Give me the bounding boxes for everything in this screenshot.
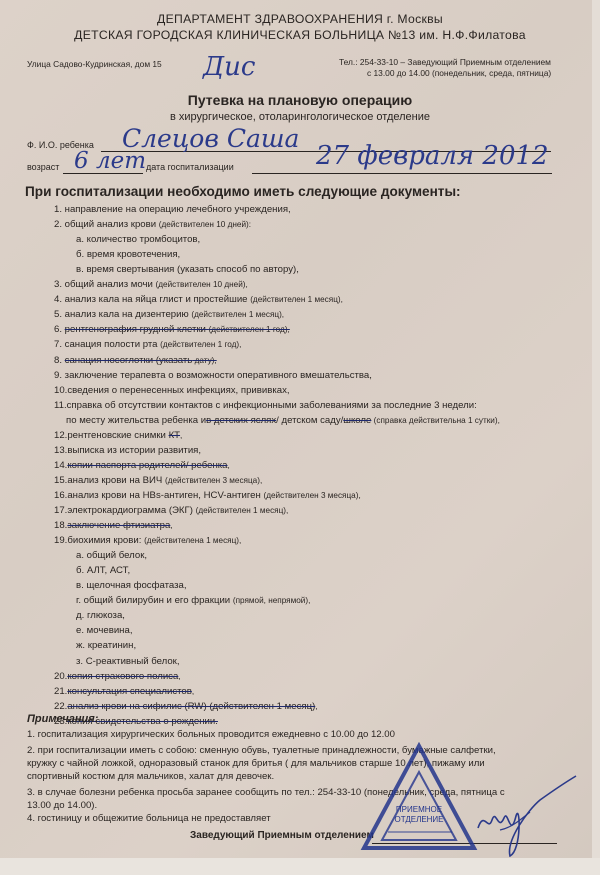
document-item: г. общий билирубин и его фракции (прямой… bbox=[76, 595, 310, 606]
item-text: санация носоглотки (указать bbox=[65, 355, 193, 366]
item-number: 19. bbox=[54, 535, 67, 546]
item-text: анализ кала на яйца глист и простейшие bbox=[65, 294, 251, 305]
item-number: 6. bbox=[54, 324, 65, 335]
item-text: время свертывания (указать способ по авт… bbox=[86, 264, 298, 275]
item-number: 12. bbox=[54, 430, 67, 441]
item-text: консультация специалистов bbox=[67, 686, 192, 697]
item-number: 7. bbox=[54, 339, 65, 350]
item-note: , bbox=[170, 521, 172, 530]
document-item: з. С-реактивный белок, bbox=[76, 656, 180, 667]
document-item: 13.выписка из истории развития, bbox=[54, 445, 201, 456]
item-text: направление на операцию лечебного учрежд… bbox=[65, 204, 291, 215]
item-text: анализ крови на ВИЧ bbox=[67, 475, 165, 486]
item-number: 11. bbox=[54, 400, 67, 411]
date-label: дата госпитализации bbox=[146, 162, 234, 172]
item-note: (действителена 1 месяц), bbox=[144, 536, 241, 545]
document-item: 1. направление на операцию лечебного учр… bbox=[54, 204, 291, 215]
item-number: 4. bbox=[54, 294, 65, 305]
item-text: анализ крови на HBs-антиген, HCV-антиген bbox=[67, 490, 263, 501]
document-item: 2. общий анализ крови (действителен 10 д… bbox=[54, 219, 251, 230]
right-edge bbox=[592, 0, 600, 875]
item-text: санация полости рта bbox=[65, 339, 160, 350]
document-item: в. время свертывания (указать способ по … bbox=[76, 264, 299, 275]
item-text: количество тромбоцитов, bbox=[87, 234, 201, 245]
item-text: справка об отсутствии контактов с инфекц… bbox=[67, 400, 477, 411]
item-number: в. bbox=[76, 264, 86, 275]
item-note: (действителен 10 дней): bbox=[159, 220, 251, 229]
document-item: 15.анализ крови на ВИЧ (действителен 3 м… bbox=[54, 475, 262, 486]
item-note: (действителен 3 месяца), bbox=[263, 491, 360, 500]
page-subtitle: в хирургическое, отоларингологическое от… bbox=[0, 111, 600, 123]
item-text: креатинин, bbox=[88, 640, 136, 651]
item-number: д. bbox=[76, 610, 87, 621]
document-item: е. мочевина, bbox=[76, 625, 132, 636]
item-text: щелочная фосфатаза, bbox=[86, 580, 186, 591]
item-note: (действителен 1 месяц), bbox=[250, 295, 343, 304]
item-number: 15. bbox=[54, 475, 67, 486]
document-item: а. количество тромбоцитов, bbox=[76, 234, 200, 245]
document-item: 10.сведения о перенесенных инфекциях, пр… bbox=[54, 385, 290, 396]
item-text: по месту жительства ребенка и bbox=[66, 415, 206, 426]
item-text: биохимия крови: bbox=[67, 535, 144, 546]
stamp-icon: ПРИЕМНОЕ ОТДЕЛЕНИЕ bbox=[360, 742, 478, 854]
document-item: б. АЛТ, АСТ, bbox=[76, 565, 130, 576]
svg-text:ПРИЕМНОЕ: ПРИЕМНОЕ bbox=[396, 805, 442, 814]
document-item: 21.консультация специалистов, bbox=[54, 686, 194, 697]
item-number: 20. bbox=[54, 671, 67, 682]
svg-text:ОТДЕЛЕНИЕ: ОТДЕЛЕНИЕ bbox=[394, 815, 443, 824]
item-note: (справка действительна 1 сутки), bbox=[371, 416, 500, 425]
document-item: 4. анализ кала на яйца глист и простейши… bbox=[54, 294, 343, 305]
item-number: 1. bbox=[54, 204, 65, 215]
item-number: в. bbox=[76, 580, 86, 591]
item-text: АЛТ, АСТ, bbox=[87, 565, 130, 576]
item-text: общий белок, bbox=[87, 550, 147, 561]
document-item: 20.копия страхового полиса, bbox=[54, 671, 181, 682]
item-text: анализ крови на сифилис (RW) (действител… bbox=[67, 701, 315, 712]
item-text: общий билирубин и его фракции bbox=[84, 595, 233, 606]
item-note: , bbox=[192, 687, 194, 696]
item-note: дату), bbox=[192, 356, 216, 365]
phone-line-1: Тел.: 254-33-10 – Заведующий Приемным от… bbox=[339, 57, 551, 67]
department-header: ДЕПАРТАМЕНТ ЗДРАВООХРАНЕНИЯ г. Москвы bbox=[0, 12, 600, 26]
document-item: 11.справка об отсутствии контактов с инф… bbox=[54, 400, 477, 411]
note-item: спортивный костюм для мальчиков, халат д… bbox=[27, 771, 274, 782]
document-item: 9. заключение терапевта о возможности оп… bbox=[54, 370, 372, 381]
page-title: Путевка на плановую операцию bbox=[0, 92, 600, 108]
item-number: 9. bbox=[54, 370, 65, 381]
item-note: , bbox=[315, 702, 317, 711]
document-item: д. глюкоза, bbox=[76, 610, 125, 621]
document-item: а. общий белок, bbox=[76, 550, 147, 561]
item-note: (действителен 1 месяц), bbox=[191, 310, 284, 319]
note-item: 4. гостиницу и общежитие больница не пре… bbox=[27, 813, 271, 824]
item-note: , bbox=[180, 431, 182, 440]
item-text: / детском саду/ bbox=[276, 415, 343, 426]
item-text: рентгеновские снимки bbox=[67, 430, 168, 441]
address: Улица Садово-Кудринская, дом 15 bbox=[27, 59, 162, 69]
signature-scribble-icon bbox=[470, 770, 580, 860]
item-number: 8. bbox=[54, 355, 65, 366]
phone-line-2: с 13.00 до 14.00 (понедельник, среда, пя… bbox=[367, 68, 551, 78]
handwritten-mark: Дис bbox=[203, 52, 255, 82]
document-item: 19.биохимия крови: (действителена 1 меся… bbox=[54, 535, 241, 546]
item-text: глюкоза, bbox=[87, 610, 125, 621]
item-note: (прямой, непрямой), bbox=[233, 596, 311, 605]
item-note: (действителен 1 месяц), bbox=[196, 506, 289, 515]
item-note: (действителен 10 дней), bbox=[156, 280, 248, 289]
item-number: 5. bbox=[54, 309, 65, 320]
document-item: 17.электрокардиограмма (ЭКГ) (действител… bbox=[54, 505, 288, 516]
bottom-edge bbox=[0, 858, 600, 875]
item-number: 22. bbox=[54, 701, 67, 712]
item-text: копия страхового полиса bbox=[67, 671, 178, 682]
document-item: 16.анализ крови на HBs-антиген, HCV-анти… bbox=[54, 490, 361, 501]
notes-heading: Примечания: bbox=[27, 713, 98, 725]
hospital-header: ДЕТСКАЯ ГОРОДСКАЯ КЛИНИЧЕСКАЯ БОЛЬНИЦА №… bbox=[0, 28, 600, 42]
item-number: ж. bbox=[76, 640, 88, 651]
item-number: 3. bbox=[54, 279, 65, 290]
item-struck-text: школе bbox=[343, 415, 371, 426]
item-text: С-реактивный белок, bbox=[86, 656, 180, 667]
item-text: мочевина, bbox=[87, 625, 133, 636]
item-note: (действителен 1 год), bbox=[160, 340, 241, 349]
document-item: ж. креатинин, bbox=[76, 640, 136, 651]
date-value[interactable]: 27 февраля 2012 bbox=[316, 141, 549, 171]
item-text: рентгенография грудной клетки bbox=[65, 324, 209, 335]
document-item: 12.рентгеновские снимки КТ, bbox=[54, 430, 182, 441]
documents-heading: При госпитализации необходимо иметь след… bbox=[25, 184, 461, 199]
item-text: общий анализ крови bbox=[65, 219, 159, 230]
item-number: 21. bbox=[54, 686, 67, 697]
item-number: 14. bbox=[54, 460, 67, 471]
item-struck-text: в детских яслях bbox=[206, 415, 276, 426]
document-item: по месту жительства ребенка ив детских я… bbox=[66, 415, 500, 426]
document-item: 6. рентгенография грудной клетки (действ… bbox=[54, 324, 290, 335]
document-item: б. время кровотечения, bbox=[76, 249, 180, 260]
item-note: (действителен 3 месяца), bbox=[165, 476, 262, 485]
item-number: б. bbox=[76, 249, 87, 260]
document-item: 18.заключение фтизиатра, bbox=[54, 520, 173, 531]
item-note: , bbox=[228, 461, 230, 470]
item-struck-text: КТ bbox=[169, 430, 180, 441]
note-item: 1. госпитализация хирургических больных … bbox=[27, 729, 395, 740]
item-text: заключение фтизиатра bbox=[67, 520, 170, 531]
document-item: 3. общий анализ мочи (действителен 10 дн… bbox=[54, 279, 248, 290]
note-item: 13.00 до 14.00). bbox=[27, 800, 97, 811]
signature-label: Заведующий Приемным отделением bbox=[190, 830, 374, 841]
item-number: б. bbox=[76, 565, 87, 576]
item-text: анализ кала на дизентерию bbox=[65, 309, 192, 320]
date-line bbox=[252, 173, 552, 174]
item-text: время кровотечения, bbox=[87, 249, 180, 260]
item-text: выписка из истории развития, bbox=[67, 445, 201, 456]
item-text: копии паспорта родителей/ ребенка bbox=[67, 460, 227, 471]
item-text: общий анализ мочи bbox=[65, 279, 156, 290]
item-number: 13. bbox=[54, 445, 67, 456]
item-number: а. bbox=[76, 234, 87, 245]
item-number: 16. bbox=[54, 490, 67, 501]
document-item: 22.анализ крови на сифилис (RW) (действи… bbox=[54, 701, 318, 712]
child-name-value[interactable]: Слецов Саша bbox=[122, 124, 299, 153]
item-number: 2. bbox=[54, 219, 65, 230]
item-number: 17. bbox=[54, 505, 67, 516]
item-text: сведения о перенесенных инфекциях, приви… bbox=[67, 385, 289, 396]
item-number: г. bbox=[76, 595, 84, 606]
document-item: в. щелочная фосфатаза, bbox=[76, 580, 187, 591]
age-value[interactable]: 6 лет bbox=[74, 148, 146, 174]
item-number: 18. bbox=[54, 520, 67, 531]
item-number: а. bbox=[76, 550, 87, 561]
item-number: е. bbox=[76, 625, 87, 636]
document-item: 14.копии паспорта родителей/ ребенка, bbox=[54, 460, 230, 471]
item-text: заключение терапевта о возможности опера… bbox=[65, 370, 372, 381]
document-item: 8. санация носоглотки (указать дату), bbox=[54, 355, 217, 366]
item-number: 10. bbox=[54, 385, 67, 396]
item-number: з. bbox=[76, 656, 86, 667]
document-item: 5. анализ кала на дизентерию (действител… bbox=[54, 309, 284, 320]
document-item: 7. санация полости рта (действителен 1 г… bbox=[54, 339, 241, 350]
item-note: , bbox=[178, 672, 180, 681]
item-text: электрокардиограмма (ЭКГ) bbox=[67, 505, 195, 516]
item-note: (действителен 1 год), bbox=[209, 325, 290, 334]
age-label: возраст bbox=[27, 162, 59, 172]
